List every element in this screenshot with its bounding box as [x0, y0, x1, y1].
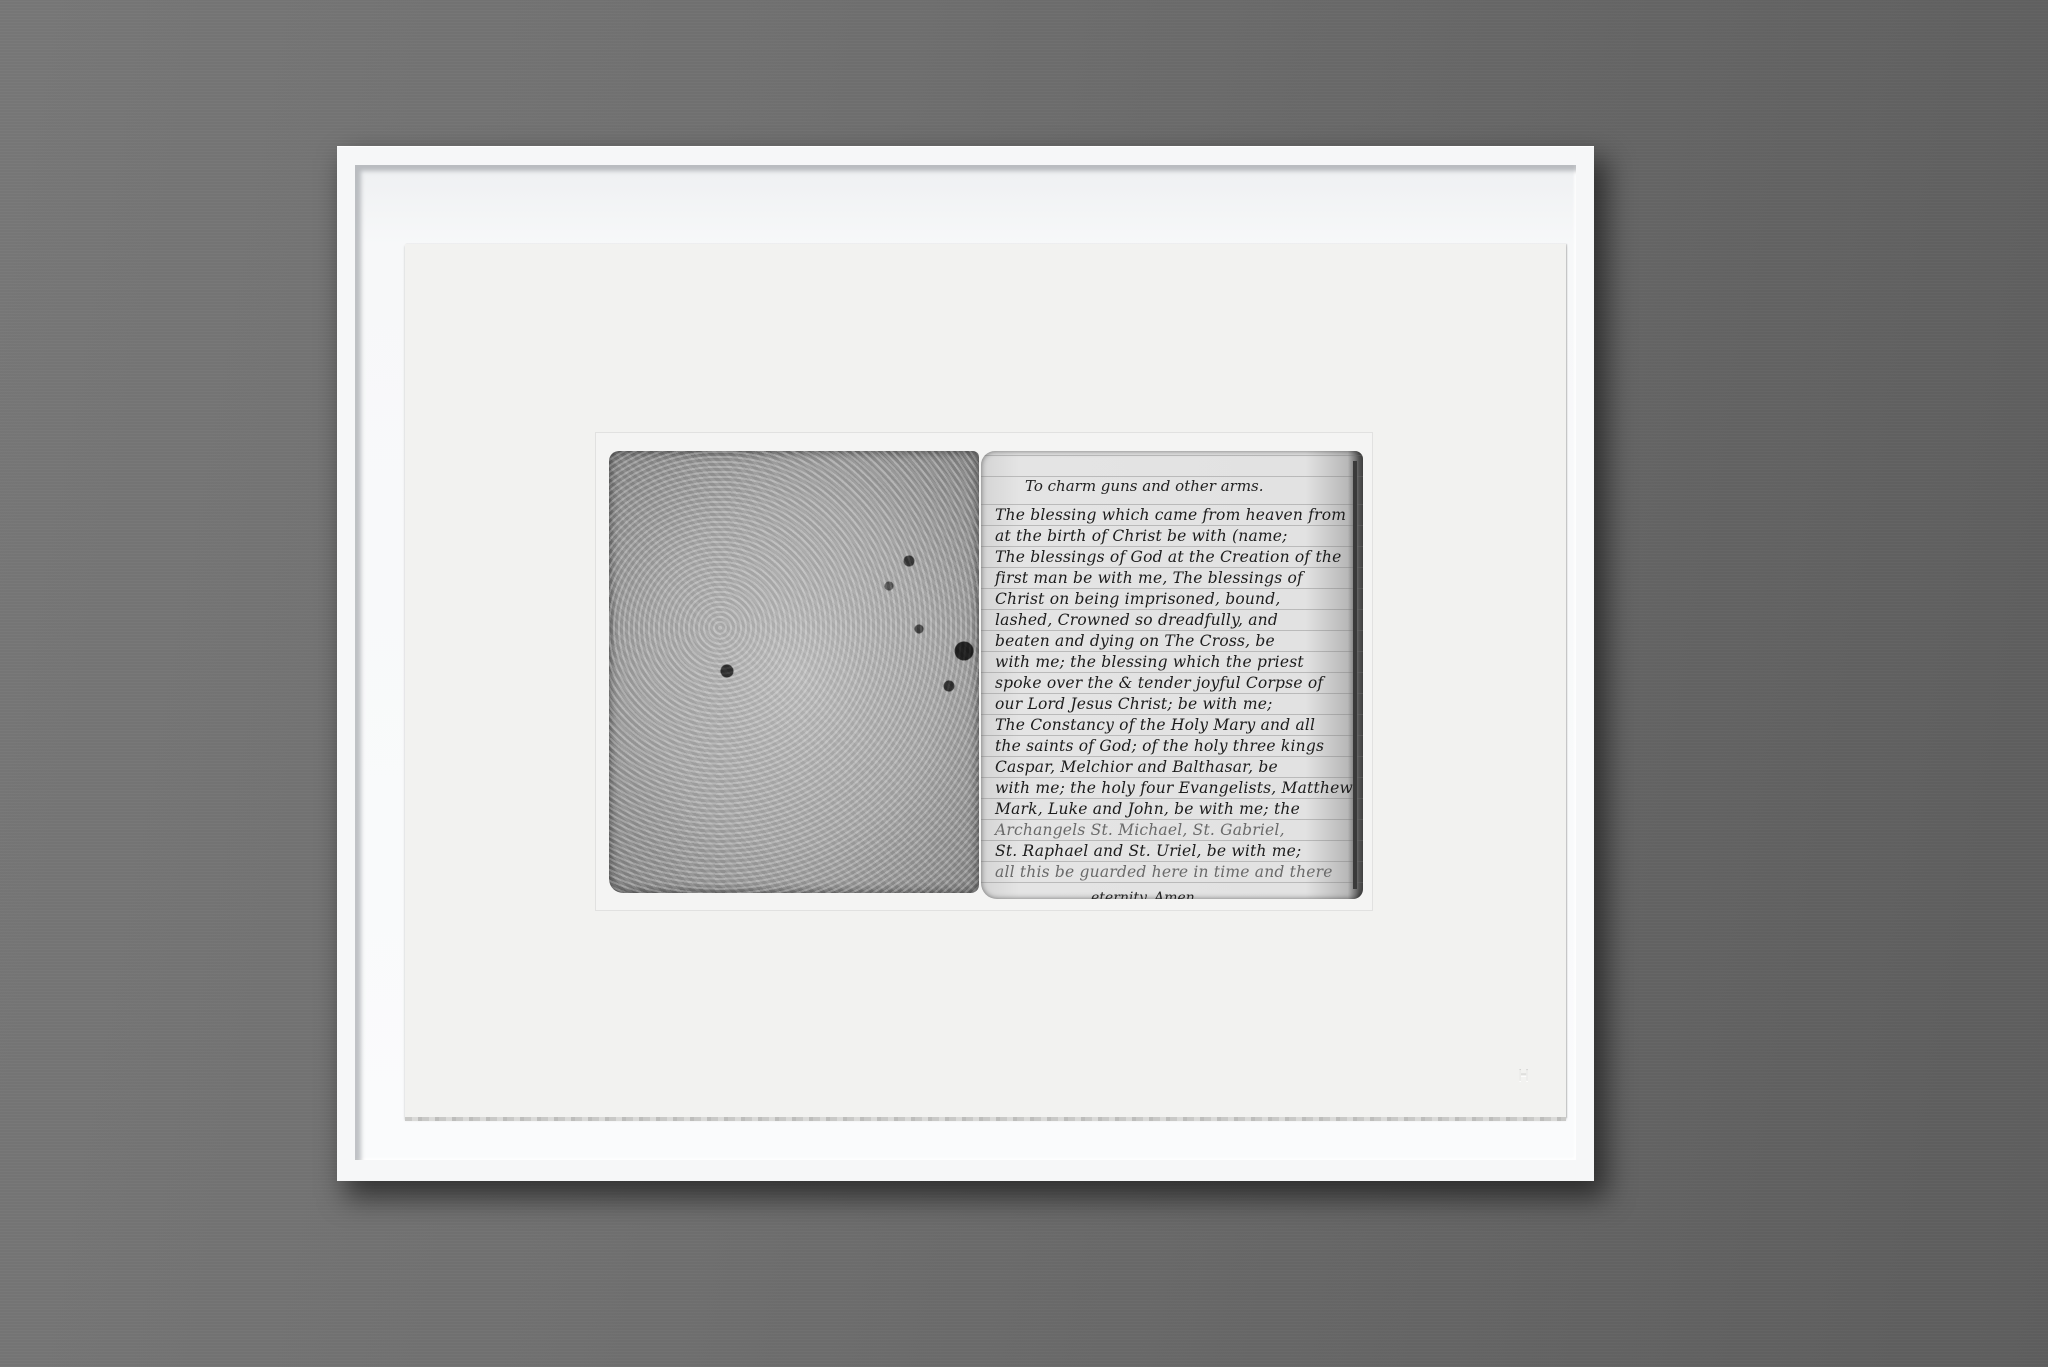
notebook-left-page	[609, 451, 979, 893]
text-line: the saints of God; of the holy three kin…	[995, 736, 1341, 757]
text-line: The blessing which came from heaven from	[995, 505, 1341, 526]
text-line: Archangels St. Michael, St. Gabriel,	[995, 820, 1341, 841]
notebook-binding-edge	[1353, 461, 1357, 889]
text-line: all this be guarded here in time and the…	[995, 862, 1341, 883]
text-line: with me; the blessing which the priest	[995, 652, 1341, 673]
blind-stamp-mark: H	[1518, 1067, 1529, 1085]
notebook-right-page: To charm guns and other arms. The blessi…	[981, 451, 1363, 899]
frame-interior: To charm guns and other arms. The blessi…	[355, 165, 1576, 1160]
text-line: first man be with me, The blessings of	[995, 568, 1341, 589]
text-line: The Constancy of the Holy Mary and all	[995, 715, 1341, 736]
picture-frame: To charm guns and other arms. The blessi…	[337, 146, 1594, 1181]
deckled-edge	[405, 1117, 1566, 1121]
text-line: lashed, Crowned so dreadfully, and	[995, 610, 1341, 631]
print-sheet: To charm guns and other arms. The blessi…	[405, 244, 1566, 1118]
text-line: beaten and dying on The Cross, be	[995, 631, 1341, 652]
handwritten-text: The blessing which came from heaven from…	[995, 505, 1341, 883]
text-line: Mark, Luke and John, be with me; the	[995, 799, 1341, 820]
text-line: with me; the holy four Evangelists, Matt…	[995, 778, 1341, 799]
handwritten-closing: eternity, Amen.	[1091, 890, 1199, 899]
text-line: Caspar, Melchior and Balthasar, be	[995, 757, 1341, 778]
print-plate: To charm guns and other arms. The blessi…	[595, 432, 1373, 911]
text-line: at the birth of Christ be with (name;	[995, 526, 1341, 547]
text-line: our Lord Jesus Christ; be with me;	[995, 694, 1341, 715]
handwritten-title: To charm guns and other arms.	[1025, 477, 1264, 495]
text-line: spoke over the & tender joyful Corpse of	[995, 673, 1341, 694]
text-line: Christ on being imprisoned, bound,	[995, 589, 1341, 610]
page-stain-texture	[609, 451, 979, 893]
text-line: The blessings of God at the Creation of …	[995, 547, 1341, 568]
text-line: St. Raphael and St. Uriel, be with me;	[995, 841, 1341, 862]
